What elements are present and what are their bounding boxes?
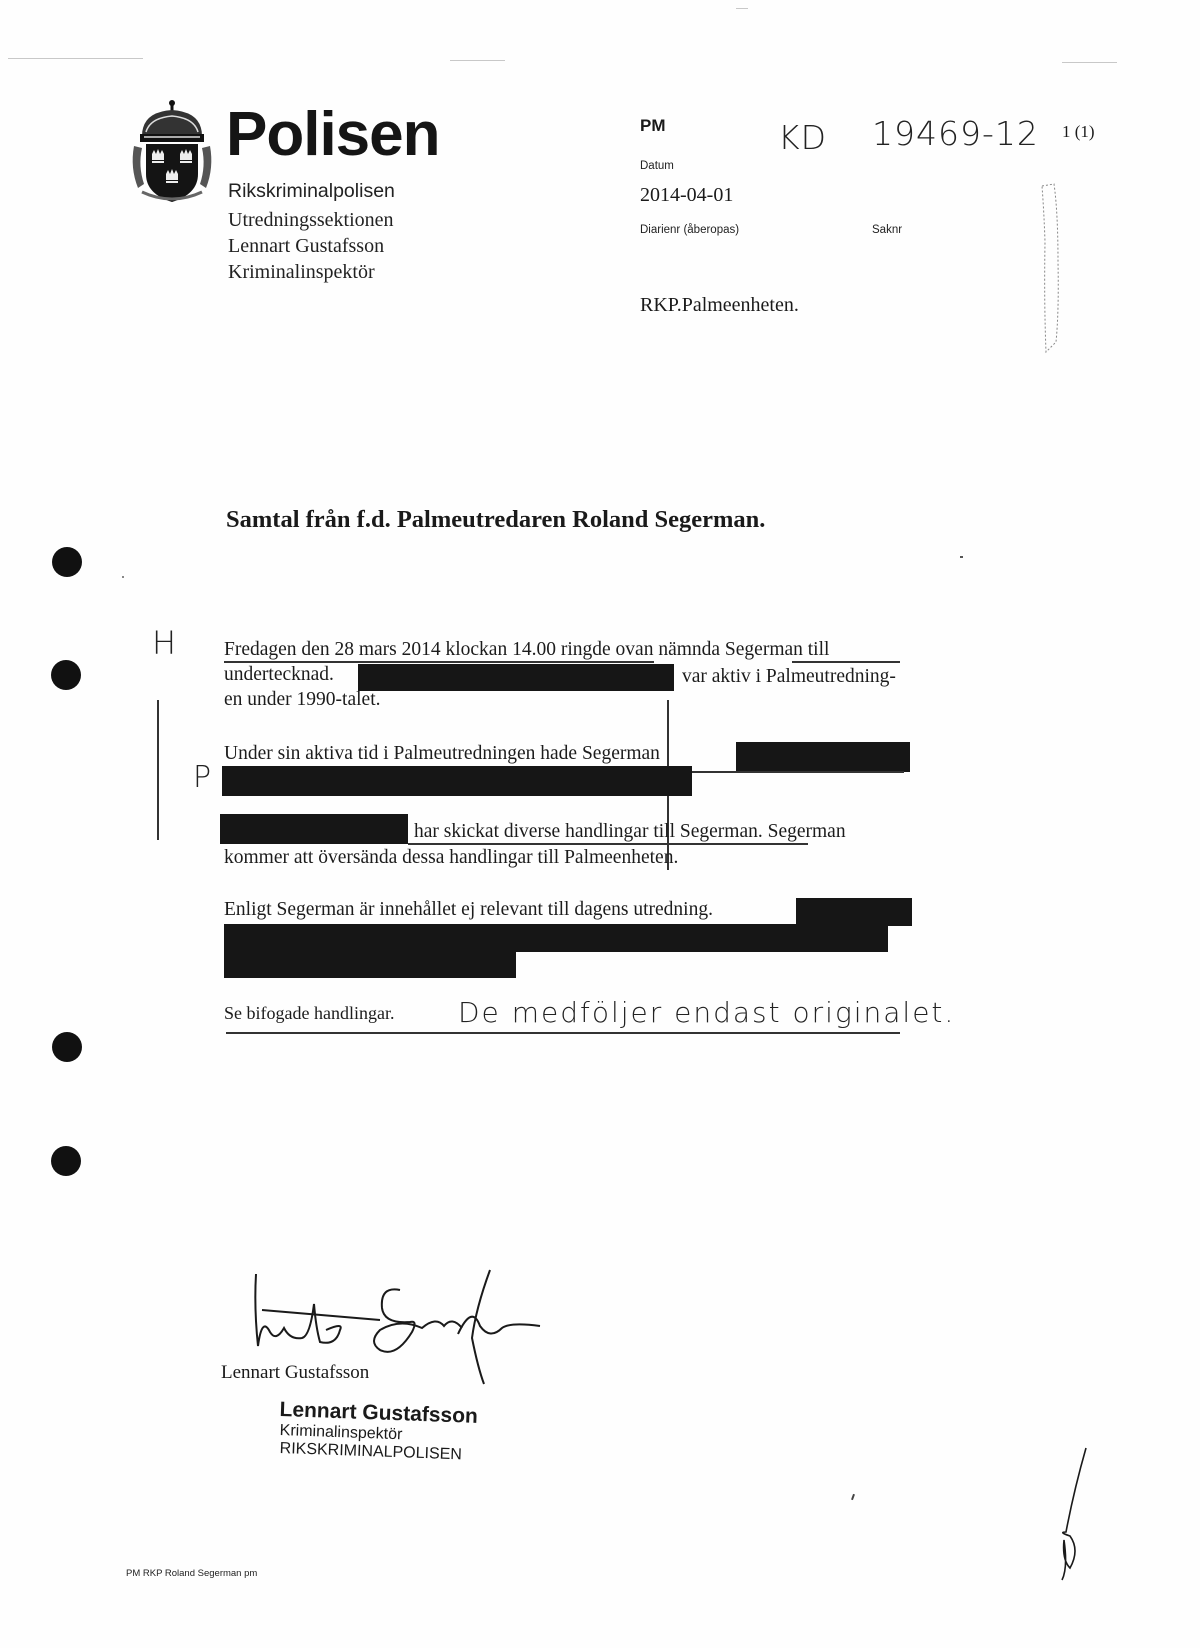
paragraph-5-handwritten: De medföljer endast originalet.: [458, 996, 955, 1029]
author-title: Kriminalinspektör: [228, 262, 375, 282]
redaction-block: [358, 664, 674, 691]
scan-artifact: [122, 576, 124, 578]
paragraph-3-line-2: kommer att översända dessa handlingar ti…: [224, 848, 678, 868]
underline: [224, 661, 654, 663]
staple-mark: [1040, 182, 1062, 354]
paragraph-4-line-1: Enligt Segerman är innehållet ej relevan…: [224, 900, 713, 920]
redaction-block: [736, 742, 910, 772]
margin-mark-p: P: [193, 760, 212, 795]
hole-punch: [51, 1146, 81, 1176]
handwritten-prefix: KD: [778, 118, 827, 157]
organization-name: Rikskriminalpolisen: [228, 182, 395, 202]
hole-punch: [51, 660, 81, 690]
redaction-block: [222, 766, 692, 796]
stamp-org: RIKSKRIMINALPOLISEN: [279, 1440, 462, 1464]
date-value: 2014-04-01: [640, 184, 733, 207]
paragraph-2-line-1: Under sin aktiva tid i Palmeutredningen …: [224, 744, 660, 764]
paragraph-1-line-1: Fredagen den 28 mars 2014 klockan 14.00 …: [224, 640, 829, 660]
scan-artifact: [851, 1494, 855, 1500]
doc-type: PM: [640, 116, 666, 136]
scan-artifact: [1062, 62, 1117, 63]
scan-artifact: [960, 556, 963, 558]
underline: [408, 843, 808, 845]
typed-signature-name: Lennart Gustafsson: [221, 1362, 369, 1384]
paragraph-1-line-2-start: undertecknad.: [224, 665, 334, 685]
footer-filename: PM RKP Roland Segerman pm: [126, 1568, 257, 1579]
saknr-label: Saknr: [872, 224, 902, 236]
recipient: RKP.Palmeenheten.: [640, 294, 799, 317]
paragraph-5-printed: Se bifogade handlingar.: [224, 1004, 394, 1022]
margin-line: [157, 700, 159, 840]
margin-mark-h: H: [152, 624, 177, 662]
paragraph-1-line-3: en under 1990-talet.: [224, 690, 381, 710]
diarienr-label: Diarienr (åberopas): [640, 224, 739, 236]
redaction-block: [224, 950, 516, 978]
scan-artifact: [736, 8, 748, 9]
redaction-block: [796, 898, 912, 926]
underline: [680, 771, 904, 773]
paragraph-3-line-1-end: har skickat diverse handlingar till Sege…: [414, 822, 846, 842]
hole-punch: [52, 547, 82, 577]
redaction-block: [224, 924, 888, 952]
paragraph-1-line-2-end: var aktiv i Palmeutredning-: [682, 667, 896, 687]
initials-mark-icon: [1040, 1440, 1090, 1590]
date-label: Datum: [640, 160, 674, 172]
document-title: Samtal från f.d. Palmeutredaren Roland S…: [226, 506, 765, 534]
page-count: 1 (1): [1062, 122, 1095, 142]
swedish-police-crest-icon: [128, 98, 216, 206]
handwritten-case-number: 19469-12: [872, 114, 1039, 153]
scan-artifact: [8, 58, 143, 59]
author-name: Lennart Gustafsson: [228, 236, 384, 256]
underline: [792, 661, 900, 663]
hole-punch: [52, 1032, 82, 1062]
section-name: Utredningssektionen: [228, 210, 394, 230]
redaction-block: [220, 814, 408, 844]
scan-artifact: [450, 60, 505, 61]
polisen-logo: Polisen: [226, 104, 440, 166]
underline: [226, 1032, 900, 1034]
